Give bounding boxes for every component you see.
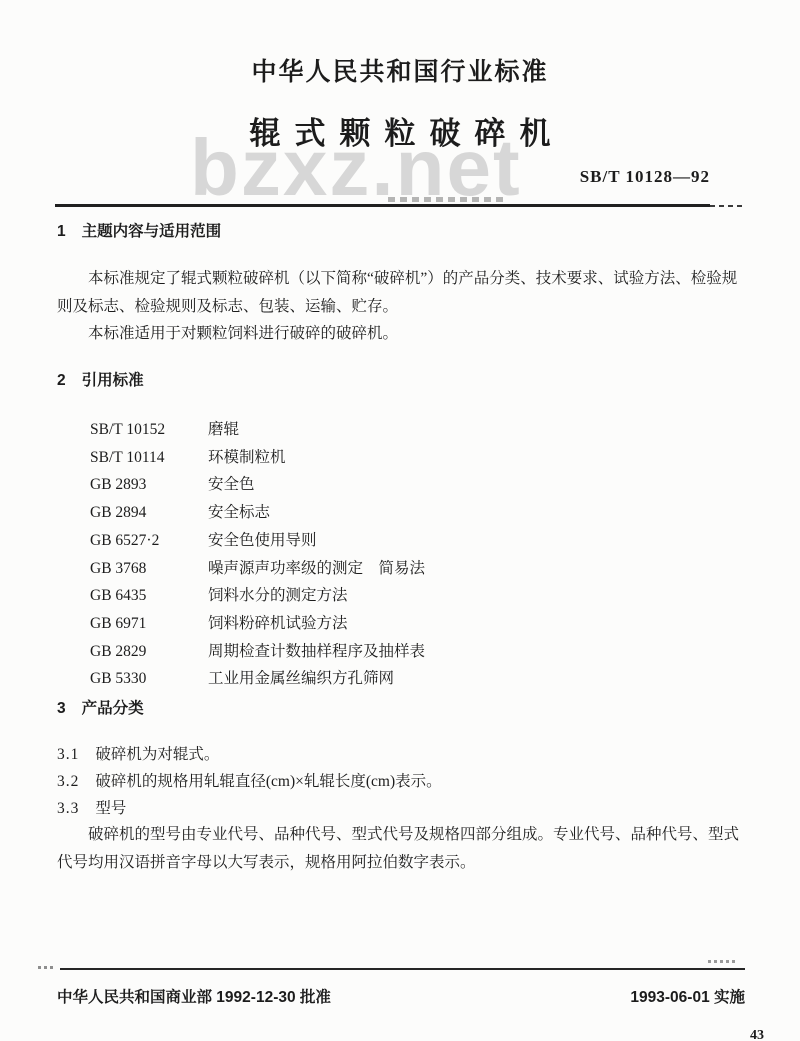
footer-rule (60, 968, 745, 970)
reference-code: GB 2893 (90, 471, 186, 499)
section-number: 1 (57, 223, 66, 240)
section-number: 3 (57, 700, 66, 717)
reference-list: SB/T 10152磨辊 SB/T 10114环模制粒机 GB 2893安全色 … (90, 416, 425, 693)
reference-title: 饲料粉碎机试验方法 (208, 615, 348, 632)
standard-code: SB/T 10128—92 (580, 167, 710, 187)
reference-code: GB 6527·2 (90, 527, 186, 555)
reference-item: GB 3768噪声源声功率级的测定 简易法 (90, 555, 425, 583)
clause-3-3: 3.3型号 (57, 796, 747, 818)
reference-item: GB 2894安全标志 (90, 499, 425, 527)
implementation-note: 1993-06-01 实施 (630, 985, 745, 1007)
reference-item: GB 5330工业用金属丝编织方孔筛网 (90, 665, 425, 693)
reference-title: 磨辊 (208, 421, 239, 438)
section-heading-3: 3产品分类 (57, 696, 745, 718)
section-title: 引用标准 (82, 372, 144, 389)
reference-item: SB/T 10152磨辊 (90, 416, 425, 444)
reference-item: GB 6435饲料水分的测定方法 (90, 582, 425, 610)
paragraph-scope-2: 本标准适用于对颗粒饲料进行破碎的破碎机。 (57, 320, 747, 348)
clause-text: 型号 (95, 800, 126, 817)
reference-title: 饲料水分的测定方法 (208, 587, 348, 604)
section-heading-1: 1主题内容与适用范围 (57, 219, 745, 241)
reference-item: GB 2829周期检查计数抽样程序及抽样表 (90, 638, 425, 666)
reference-item: GB 6971饲料粉碎机试验方法 (90, 610, 425, 638)
approval-note: 中华人民共和国商业部 1992-12-30 批准 (57, 985, 331, 1007)
section-heading-2: 2引用标准 (57, 368, 745, 390)
standard-category-title: 中华人民共和国行业标准 (0, 52, 800, 88)
header-rule-tail (710, 205, 746, 207)
clause-text: 破碎机为对辊式。 (95, 746, 219, 763)
standard-title: 辊式颗粒破碎机 (0, 108, 800, 153)
reference-title: 安全标志 (208, 504, 270, 521)
section-title: 主题内容与适用范围 (82, 223, 222, 240)
reference-code: GB 2894 (90, 499, 186, 527)
reference-title: 环模制粒机 (208, 449, 286, 466)
reference-code: SB/T 10114 (90, 444, 186, 472)
reference-item: GB 6527·2安全色使用导则 (90, 527, 425, 555)
clause-text: 破碎机的规格用轧辊直径(cm)×轧辊长度(cm)表示。 (95, 773, 441, 790)
clause-3-1: 3.1破碎机为对辊式。 (57, 742, 747, 764)
reference-code: SB/T 10152 (90, 416, 186, 444)
reference-item: SB/T 10114环模制粒机 (90, 444, 425, 472)
reference-code: GB 5330 (90, 665, 186, 693)
reference-code: GB 3768 (90, 555, 186, 583)
clause-number: 3.2 (57, 773, 79, 790)
clause-number: 3.3 (57, 800, 79, 817)
reference-title: 噪声源声功率级的测定 简易法 (208, 560, 425, 577)
clause-3-2: 3.2破碎机的规格用轧辊直径(cm)×轧辊长度(cm)表示。 (57, 769, 747, 791)
scan-artifact-dots (38, 966, 56, 969)
reference-code: GB 6971 (90, 610, 186, 638)
reference-title: 安全色 (208, 476, 255, 493)
header-rule (55, 204, 710, 207)
scan-smudge (388, 197, 506, 202)
section-number: 2 (57, 372, 66, 389)
reference-title: 周期检查计数抽样程序及抽样表 (208, 643, 425, 660)
scan-artifact-dots (708, 960, 736, 963)
reference-title: 安全色使用导则 (208, 532, 317, 549)
clause-number: 3.1 (57, 746, 79, 763)
document-page: bzxz.net 中华人民共和国行业标准 辊式颗粒破碎机 SB/T 10128—… (0, 0, 800, 1041)
reference-title: 工业用金属丝编织方孔筛网 (208, 670, 394, 687)
section-title: 产品分类 (82, 700, 144, 717)
reference-item: GB 2893安全色 (90, 471, 425, 499)
page-number: 43 (750, 1028, 764, 1041)
paragraph-scope-1: 本标准规定了辊式颗粒破碎机（以下简称“破碎机”）的产品分类、技术要求、试验方法、… (57, 265, 747, 320)
reference-code: GB 2829 (90, 638, 186, 666)
paragraph-model-designation: 破碎机的型号由专业代号、品种代号、型式代号及规格四部分组成。专业代号、品种代号、… (57, 821, 747, 876)
reference-code: GB 6435 (90, 582, 186, 610)
